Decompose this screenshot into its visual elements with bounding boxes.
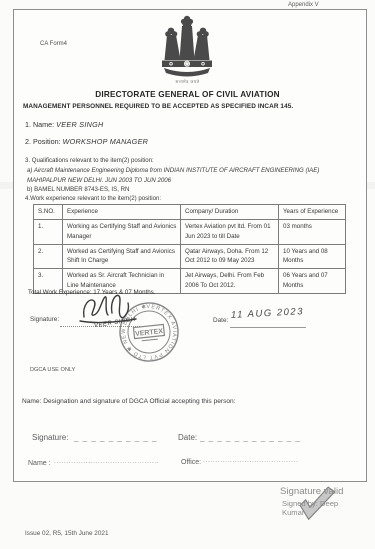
digital-signer-lastname: Kumar (282, 508, 304, 517)
table-row: 2. Worked as Certifying Staff and Avioni… (34, 244, 346, 269)
position-label: 2. Position: (25, 137, 61, 146)
dgca-date-line: _ _ _ _ _ _ _ _ _ _ _ _ (200, 433, 301, 442)
date-underline (230, 326, 306, 328)
dgca-signature-label: Signature: (32, 433, 68, 442)
name-value: VEER SINGH (56, 120, 103, 129)
table-cell-years: 03 months (279, 220, 346, 245)
position-row: 2. Position: WORKSHOP MANAGER (25, 137, 148, 146)
dgca-name-label: Name : (28, 460, 51, 467)
qualifications-heading: 3. Qualifications relevant to the item(2… (25, 157, 154, 164)
table-cell-sno: 2. (34, 244, 63, 269)
dgca-signature-line: _ _ _ _ _ _ _ _ _ _ (74, 433, 158, 442)
form-code-label: CA Form4 (40, 41, 67, 47)
digital-signed-by: Signed by: Deep (282, 499, 338, 508)
dgca-office-label: Office: (181, 459, 201, 466)
applicant-signature-label: Signature: (30, 316, 59, 323)
table-cell-company: Vertex Aviation pvt ltd. From 01 Jun 202… (181, 220, 279, 245)
name-row: 1. Name: VEER SINGH (25, 120, 104, 129)
table-cell-sno: 1. (34, 220, 63, 245)
table-cell-company: Qatar Airways, Doha. From 12 Oct 2012 to… (181, 244, 279, 269)
experience-heading: 4.Work experience relevant to the item(2… (25, 195, 161, 202)
accepting-official-line: Name: Designation and signature of DGCA … (22, 398, 236, 405)
table-header-row: S.NO. Experience Company/ Duration Years… (34, 205, 346, 220)
qualification-line-b: b) BAMEL NUMBER 8743-ES, IS, RN (27, 186, 129, 193)
page-title: DIRECTORATE GENERAL OF CIVIL AVIATION (0, 90, 375, 99)
column-header-company: Company/ Duration (181, 205, 279, 220)
table-cell-experience: Worked as Certifying Staff and Avionics … (63, 244, 181, 269)
dgca-use-only-label: DGCA USE ONLY (30, 367, 75, 373)
dgca-name-line: ........................................… (54, 458, 159, 465)
name-label: 1. Name: (25, 120, 54, 129)
dgca-date-label: Date: (178, 433, 197, 442)
position-value: WORKSHOP MANAGER (63, 137, 149, 146)
column-header-years: Years of Experience (279, 205, 346, 220)
column-header-experience: Experience (63, 205, 181, 220)
table-row: 1. Working as Certifying Staff and Avion… (34, 220, 346, 245)
column-header-sno: S.NO. (34, 205, 63, 220)
date-label: Date: (213, 317, 228, 324)
table-cell-years: 06 Years and 07 Months (279, 269, 346, 294)
qualification-line-a2: MAHIPALPUR NEW DELHI. JUN 2003 TO JUN 20… (27, 177, 171, 184)
table-cell-experience: Working as Certifying Staff and Avionics… (63, 220, 181, 245)
page-root: { "header": { "appendix_label": "Appendi… (0, 0, 375, 549)
table-cell-years: 10 Years and 08 Months (279, 244, 346, 269)
qualification-line-a: a) Aircraft Maintenance Engineering Dipl… (27, 167, 357, 174)
page-subtitle: MANAGEMENT PERSONNEL REQUIRED TO BE ACCE… (23, 103, 353, 110)
experience-table: S.NO. Experience Company/ Duration Years… (33, 204, 346, 294)
issue-note: Issue 02, R5, 15th June 2021 (25, 530, 109, 537)
ashoka-emblem-icon (157, 13, 217, 79)
table-cell-company: Jet Airways, Delhi. From Feb 2006 To Oct… (181, 269, 279, 294)
emblem-caption: सत्यमेव जयते (140, 79, 235, 85)
digital-signature-valid: Signature valid (280, 486, 343, 497)
appendix-label: Appendix V (288, 2, 319, 8)
dgca-office-line: ....................................... (203, 457, 298, 464)
